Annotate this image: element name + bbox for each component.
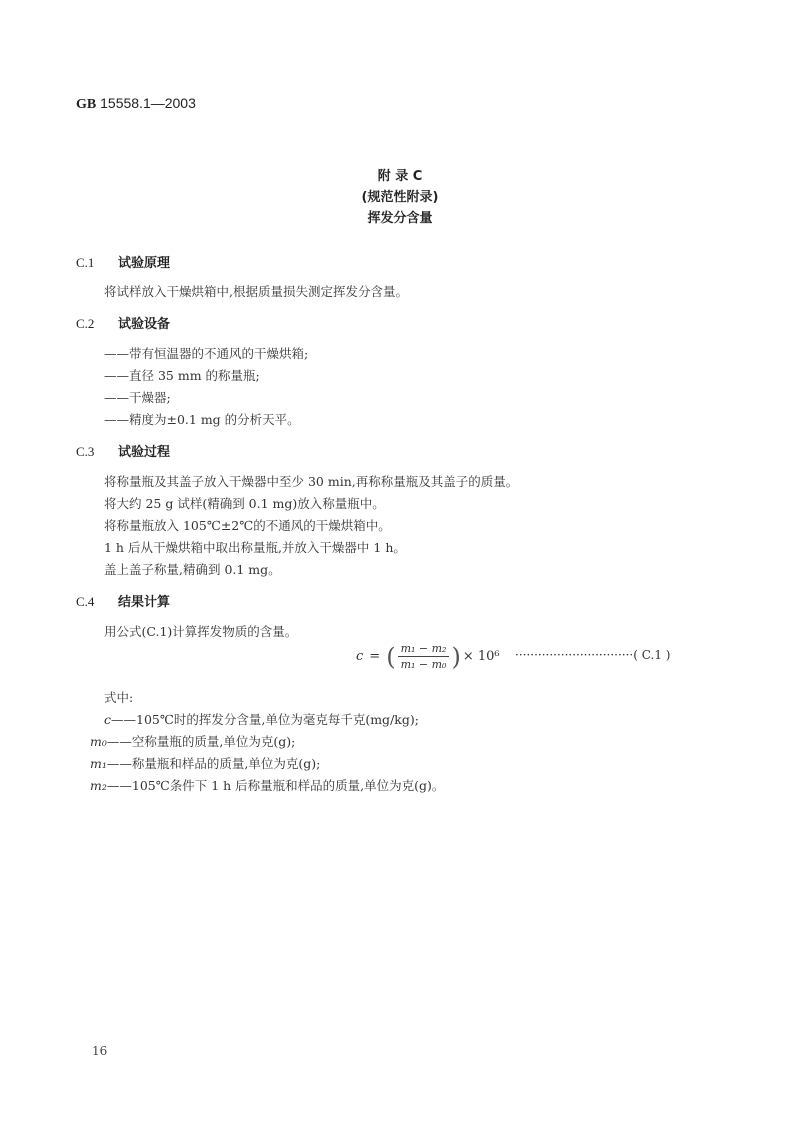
section-number: C.4 xyxy=(76,594,118,610)
paragraph: 将大约 25 g 试样(精确到 0.1 mg)放入称量瓶中。 xyxy=(104,494,385,512)
annex-title: 附 录 C xyxy=(0,165,800,184)
page-number: 16 xyxy=(92,1044,107,1058)
variable-description: ——称量瓶和样品的质量,单位为克(g); xyxy=(107,756,320,771)
dot-leader: ······························· xyxy=(515,648,633,662)
list-item: ——精度为±0.1 mg 的分析天平。 xyxy=(104,410,300,428)
formula-equals: = xyxy=(369,649,380,664)
formula-numerator: m₁ − m₂ xyxy=(398,642,450,657)
paragraph: 将称量瓶及其盖子放入干燥器中至少 30 min,再称称量瓶及其盖子的质量。 xyxy=(104,472,518,490)
formula-intro: 用公式(C.1)计算挥发物质的含量。 xyxy=(104,622,297,640)
variable-definition: m₁——称量瓶和样品的质量,单位为克(g); xyxy=(90,754,320,772)
variable-definition: m₀——空称量瓶的质量,单位为克(g); xyxy=(90,732,295,750)
left-paren: ( xyxy=(386,645,395,669)
standard-code: 15558.1—2003 xyxy=(100,95,196,111)
formula-denominator: m₁ − m₀ xyxy=(398,657,450,671)
variable-definition: m₂——105℃条件下 1 h 后称量瓶和样品的质量,单位为克(g)。 xyxy=(90,776,444,794)
right-paren: ) xyxy=(451,645,460,669)
paragraph: 1 h 后从干燥烘箱中取出称量瓶,并放入干燥器中 1 h。 xyxy=(104,538,406,556)
section-title: 试验设备 xyxy=(118,317,170,332)
equation-number: ( C.1 ) xyxy=(633,648,670,662)
variable-symbol: c xyxy=(104,712,111,727)
standard-prefix: GB xyxy=(76,97,96,112)
section-heading-c1: C.1试验原理 xyxy=(76,252,170,271)
variable-symbol: m₂ xyxy=(90,778,107,793)
formula-label-line: ·······························( C.1 ) xyxy=(515,648,670,662)
variable-description: ——105℃时的挥发分含量,单位为毫克每千克(mg/kg); xyxy=(111,712,419,727)
section-number: C.3 xyxy=(76,444,118,460)
variable-description: ——105℃条件下 1 h 后称量瓶和样品的质量,单位为克(g)。 xyxy=(107,778,445,793)
paragraph: 将称量瓶放入 105℃±2℃的不通风的干燥烘箱中。 xyxy=(104,516,391,534)
section-number: C.2 xyxy=(76,316,118,332)
formula-c1: c = ( m₁ − m₂ m₁ − m₀ ) × 10⁶ xyxy=(356,642,500,671)
formula-multiplier: × 10⁶ xyxy=(463,649,500,664)
section-title: 结果计算 xyxy=(118,595,170,610)
paragraph: 盖上盖子称量,精确到 0.1 mg。 xyxy=(104,560,281,578)
section-heading-c2: C.2试验设备 xyxy=(76,313,170,332)
list-item: ——直径 35 mm 的称量瓶; xyxy=(104,366,260,384)
variable-definition: c——105℃时的挥发分含量,单位为毫克每千克(mg/kg); xyxy=(104,710,419,728)
formula-fraction: m₁ − m₂ m₁ − m₀ xyxy=(398,642,450,671)
list-item: ——带有恒温器的不通风的干燥烘箱; xyxy=(104,344,308,362)
paragraph: 将试样放入干燥烘箱中,根据质量损失测定挥发分含量。 xyxy=(104,282,408,300)
variable-symbol: m₁ xyxy=(90,756,107,771)
annex-name: 挥发分含量 xyxy=(0,207,800,226)
section-heading-c3: C.3试验过程 xyxy=(76,441,170,460)
section-number: C.1 xyxy=(76,255,118,271)
variable-description: ——空称量瓶的质量,单位为克(g); xyxy=(107,734,295,749)
section-title: 试验原理 xyxy=(118,256,170,271)
section-title: 试验过程 xyxy=(118,445,170,460)
standard-number: GB 15558.1—2003 xyxy=(76,95,196,113)
where-label: 式中: xyxy=(104,688,133,706)
variable-symbol: m₀ xyxy=(90,734,107,749)
list-item: ——干燥器; xyxy=(104,388,171,406)
section-heading-c4: C.4结果计算 xyxy=(76,591,170,610)
formula-lhs: c xyxy=(356,649,363,664)
annex-type: (规范性附录) xyxy=(0,186,800,205)
